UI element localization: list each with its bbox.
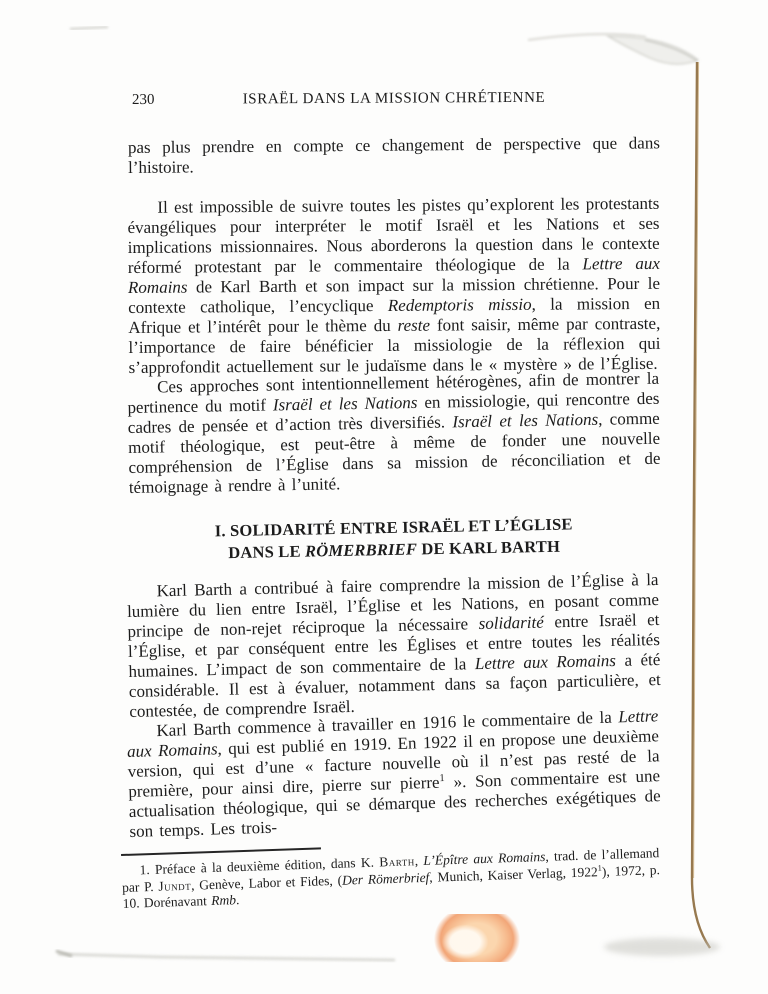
bottom-left-shadow — [58, 954, 395, 960]
paragraph: Il est impossible de suivre toutes les p… — [127, 194, 660, 378]
scan-smudge — [70, 27, 108, 29]
scan-streak — [528, 34, 646, 40]
section-heading: I. SOLIDARITÉ ENTRE ISRAËL ET L’ÉGLISE D… — [128, 512, 661, 566]
footnote-rule — [121, 847, 321, 856]
running-header-title: ISRAËL DANS LA MISSION CHRÉTIENNE — [128, 89, 660, 109]
text-column: 230 ISRAËL DANS LA MISSION CHRÉTIENNE pa… — [128, 92, 660, 913]
paragraph: Karl Barth commence à travailler en 1916… — [126, 706, 661, 842]
bottom-right-shadow — [604, 938, 720, 956]
paragraph: Karl Barth a contribué à faire comprendr… — [126, 570, 661, 722]
page-corner-fold-edge — [645, 40, 697, 61]
scanned-book-page: 230 ISRAËL DANS LA MISSION CHRÉTIENNE pa… — [0, 0, 768, 994]
footnote: 1. Préface à la deuxième édition, dans K… — [121, 845, 660, 912]
bottom-left-shadow-tick — [56, 951, 72, 956]
page-corner-fold — [608, 36, 698, 64]
running-header: 230 ISRAËL DANS LA MISSION CHRÉTIENNE — [128, 89, 660, 112]
footnote-block: 1. Préface à la deuxième édition, dans K… — [121, 836, 661, 912]
paragraph: Ces approches sont intentionnellement hé… — [127, 369, 661, 498]
fingertip — [428, 914, 526, 962]
page-edge — [692, 62, 710, 948]
paragraph: pas plus prendre en compte ce changement… — [128, 133, 660, 178]
page-edge-highlight — [694, 62, 699, 878]
